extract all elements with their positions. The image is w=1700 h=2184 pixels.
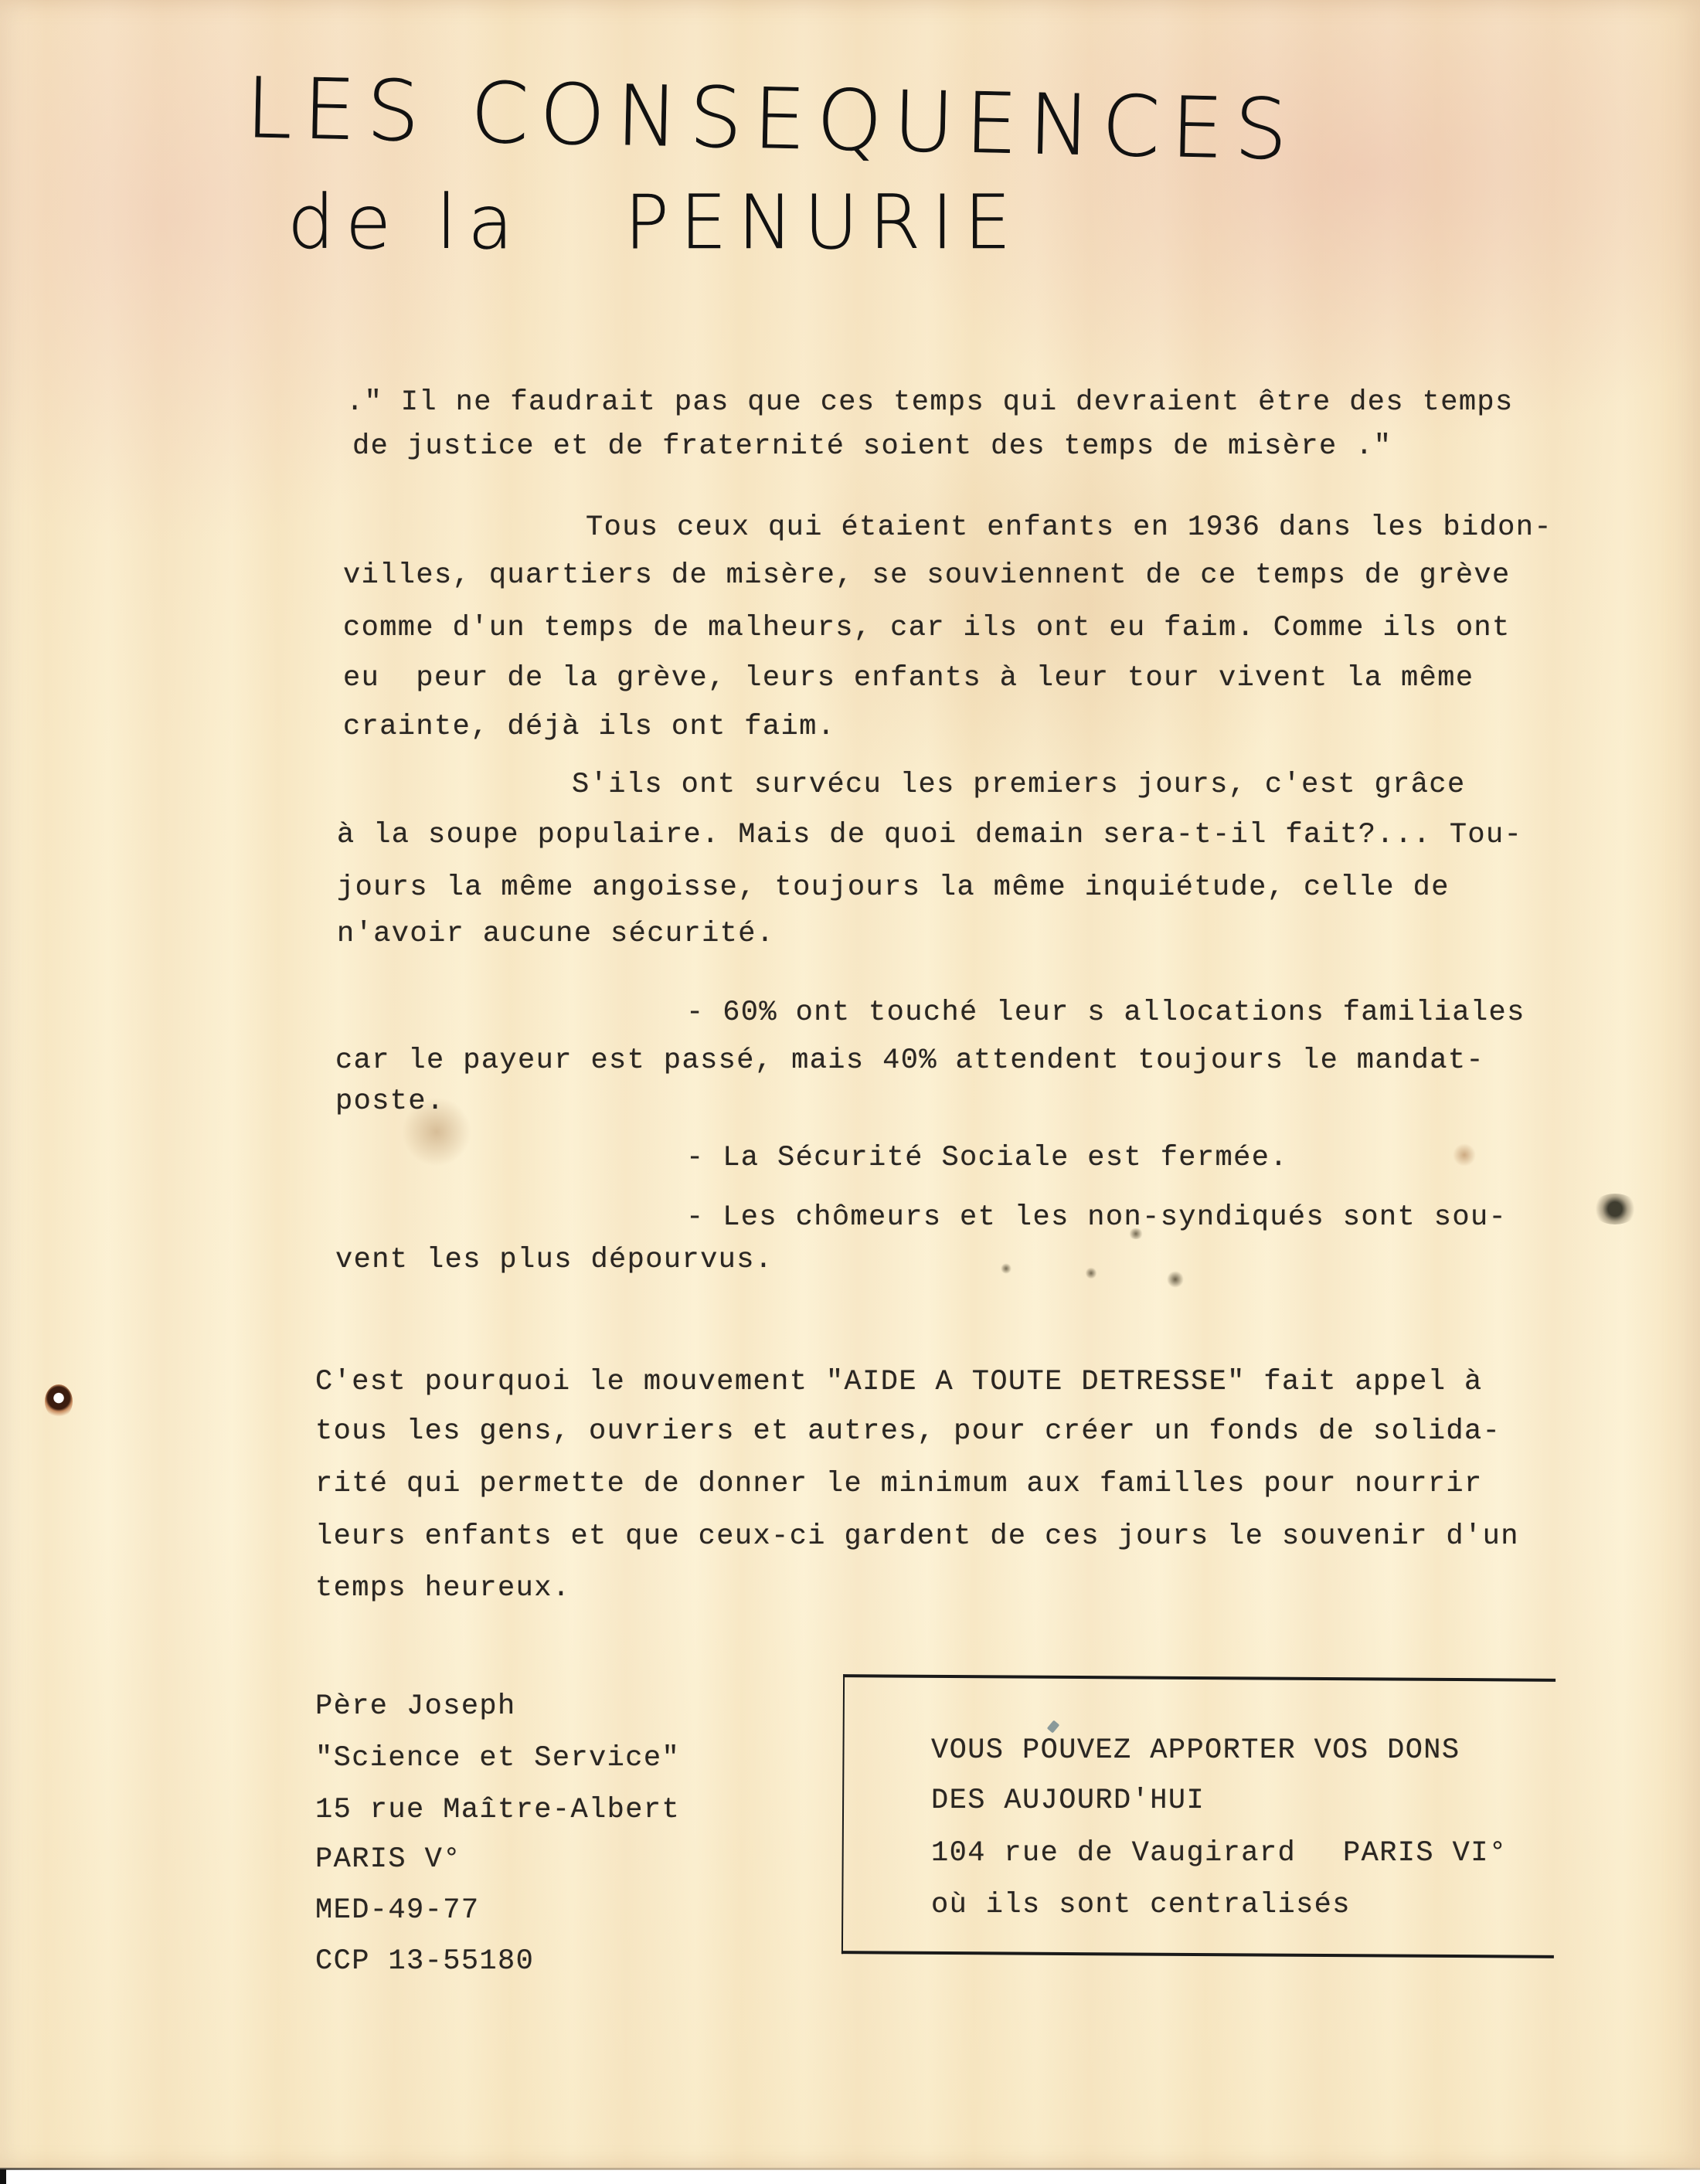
signature-city: PARIS V°: [315, 1843, 461, 1876]
bullet-line: - 60% ont touché leur s allocations fami…: [686, 997, 1525, 1029]
paragraph-line: villes, quartiers de misère, se souvienn…: [343, 559, 1511, 592]
paragraph-line: Tous ceux qui étaient enfants en 1936 da…: [586, 511, 1552, 544]
signature-name: Père Joseph: [315, 1690, 516, 1723]
donation-box-line: où ils sont centralisés: [931, 1889, 1351, 1921]
scan-border: [0, 2169, 6, 2184]
donation-box-city: PARIS VI°: [1343, 1837, 1507, 1870]
donation-box-line: VOUS POUVEZ APPORTER VOS DONS: [931, 1734, 1460, 1767]
signature-street: 15 rue Maître-Albert: [315, 1794, 680, 1826]
donation-box-line: DES AUJOURD'HUI: [931, 1785, 1205, 1817]
paragraph-line: jours la même angoisse, toujours la même…: [337, 871, 1450, 904]
paragraph-line: comme d'un temps de malheurs, car ils on…: [343, 612, 1511, 644]
appeal-line: tous les gens, ouvriers et autres, pour …: [315, 1415, 1501, 1448]
bullet-line: vent les plus dépourvus.: [335, 1244, 773, 1276]
bullet-line: - La Sécurité Sociale est fermée.: [686, 1142, 1288, 1174]
appeal-line: temps heureux.: [315, 1572, 570, 1605]
appeal-line: C'est pourquoi le mouvement "AIDE A TOUT…: [315, 1366, 1483, 1398]
paragraph-line: S'ils ont survécu les premiers jours, c'…: [572, 769, 1466, 801]
quote-line: de justice et de fraternité soient des t…: [352, 430, 1392, 463]
signature-organization: "Science et Service": [315, 1742, 680, 1775]
title-word: LES: [245, 60, 432, 161]
bullet-line: car le payeur est passé, mais 40% attend…: [335, 1044, 1484, 1077]
page-title-line-2: de laPENURIE: [287, 179, 1022, 266]
paper-edge: [0, 2168, 1700, 2170]
title-word: de la: [287, 179, 524, 266]
paragraph-line: n'avoir aucune sécurité.: [337, 918, 775, 950]
title-word: CONSEQUENCES: [470, 65, 1300, 178]
signature-ccp: CCP 13-55180: [315, 1945, 534, 1978]
paragraph-line: à la soupe populaire. Mais de quoi demai…: [337, 819, 1522, 851]
appeal-line: rité qui permette de donner le minimum a…: [315, 1468, 1483, 1500]
bullet-line: poste.: [335, 1085, 445, 1118]
paragraph-line: eu peur de la grève, leurs enfants à leu…: [343, 662, 1474, 695]
donation-box-address: 104 rue de Vaugirard: [931, 1837, 1296, 1870]
signature-phone: MED-49-77: [315, 1894, 479, 1927]
title-word: PENURIE: [624, 179, 1022, 266]
paragraph-line: crainte, déjà ils ont faim.: [343, 711, 835, 743]
bullet-line: - Les chômeurs et les non-syndiqués sont…: [686, 1201, 1507, 1234]
appeal-line: leurs enfants et que ceux-ci gardent de …: [315, 1520, 1519, 1553]
quote-line: ." Il ne faudrait pas que ces temps qui …: [346, 386, 1514, 419]
